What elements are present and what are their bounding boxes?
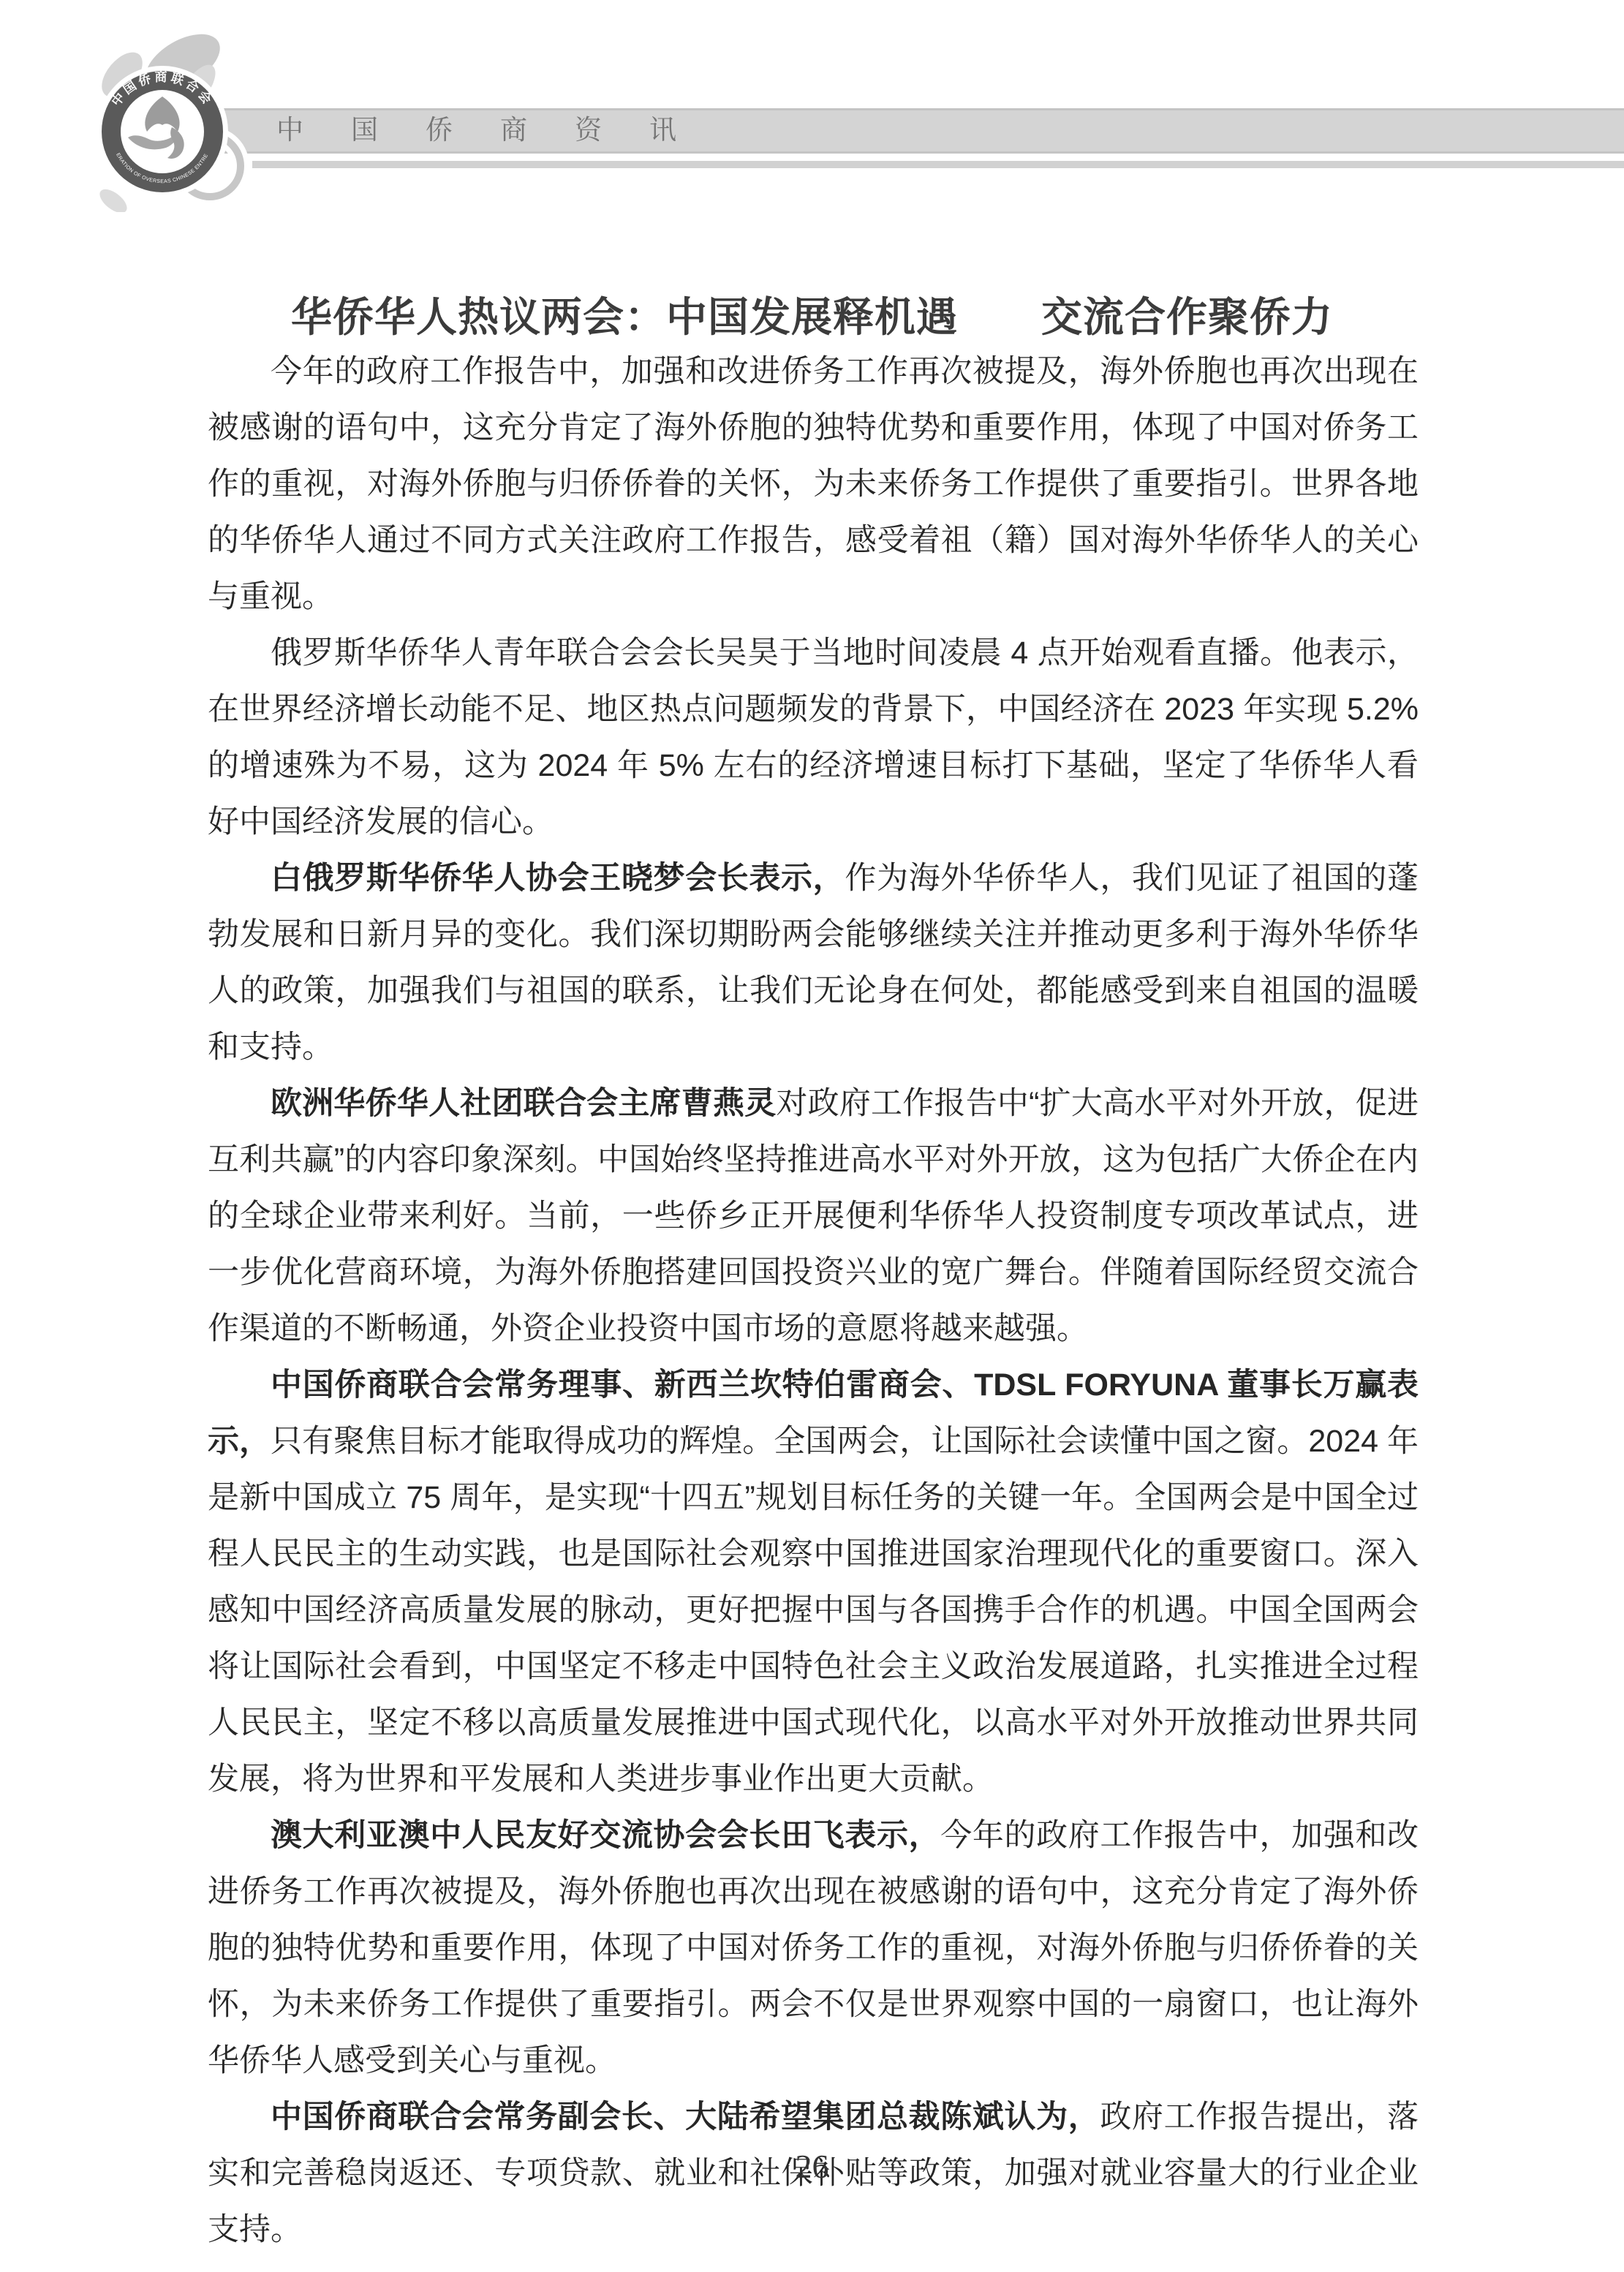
header-thin-bar [252, 161, 1624, 168]
page-number: 26 [0, 2147, 1624, 2186]
paragraph: 白俄罗斯华侨华人协会王晓梦会长表示，作为海外华侨华人，我们见证了祖国的蓬勃发展和… [208, 850, 1419, 1076]
paragraph: 俄罗斯华侨华人青年联合会会长吴昊于当地时间凌晨 4 点开始观看直播。他表示，在世… [208, 625, 1419, 850]
paragraph-text: 今年的政府工作报告中，加强和改进侨务工作再次被提及，海外侨胞也再次出现在被感谢的… [208, 354, 1419, 614]
paragraph-text: 对政府工作报告中“扩大高水平对外开放，促进互利共赢”的内容印象深刻。中国始终坚持… [208, 1086, 1419, 1346]
paragraph-text: 只有聚焦目标才能取得成功的辉煌。全国两会，让国际社会读懂中国之窗。2024 年是… [208, 1424, 1419, 1797]
paragraph: 中国侨商联合会常务理事、新西兰坎特伯雷商会、TDSL FORYUNA 董事长万赢… [208, 1357, 1419, 1808]
federation-logo-icon: 中国侨商联合会 CHINA FEDERATION OF OVERSEAS CHI… [69, 29, 260, 212]
article-body: 今年的政府工作报告中，加强和改进侨务工作再次被提及，海外侨胞也再次出现在被感谢的… [208, 344, 1419, 2258]
paragraph-lead: 白俄罗斯华侨华人协会王晓梦会长表示， [271, 861, 845, 896]
paragraph: 今年的政府工作报告中，加强和改进侨务工作再次被提及，海外侨胞也再次出现在被感谢的… [208, 344, 1419, 625]
paragraph-text: 俄罗斯华侨华人青年联合会会长吴昊于当地时间凌晨 4 点开始观看直播。他表示，在世… [208, 635, 1419, 839]
paragraph: 欧洲华侨华人社团联合会主席曹燕灵对政府工作报告中“扩大高水平对外开放，促进互利共… [208, 1076, 1419, 1357]
magazine-page: 中国侨商资讯 [0, 0, 1624, 2272]
paragraph-lead: 欧洲华侨华人社团联合会主席曹燕灵 [271, 1086, 776, 1121]
paragraph-lead: 中国侨商联合会常务副会长、大陆希望集团总裁陈斌认为， [271, 2099, 1100, 2135]
paragraph-lead: 澳大利亚澳中人民友好交流协会会长田飞表示， [271, 1818, 940, 1853]
paragraph: 澳大利亚澳中人民友好交流协会会长田飞表示，今年的政府工作报告中，加强和改进侨务工… [208, 1808, 1419, 2089]
article-title: 华侨华人热议两会：中国发展释机遇 交流合作聚侨力 [0, 285, 1624, 344]
masthead-text: 中国侨商资讯 [276, 108, 724, 154]
paragraph-text: 今年的政府工作报告中，加强和改进侨务工作再次被提及，海外侨胞也再次出现在被感谢的… [208, 1818, 1419, 2078]
